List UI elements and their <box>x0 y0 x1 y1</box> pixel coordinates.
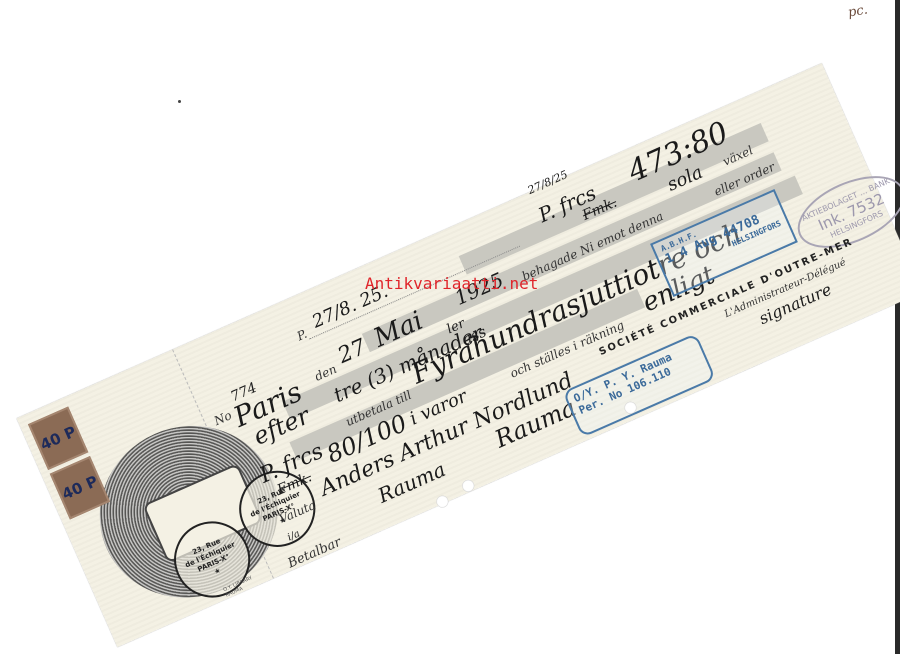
punch-hole-2 <box>460 478 476 494</box>
scan-edge <box>895 0 900 654</box>
scan-speck <box>178 100 181 103</box>
punch-hole-3 <box>434 494 450 510</box>
reg-prefix: P. <box>295 327 309 344</box>
number-label: No <box>212 408 234 428</box>
bill-of-exchange: 40 P 40 P 23, Rue de l'Échiquier PARIS-X… <box>17 63 900 647</box>
watermark: Antikvariaatti.net <box>365 274 538 293</box>
star-icon: ★ <box>213 566 222 577</box>
corner-pencil-note: pc. <box>847 2 869 20</box>
